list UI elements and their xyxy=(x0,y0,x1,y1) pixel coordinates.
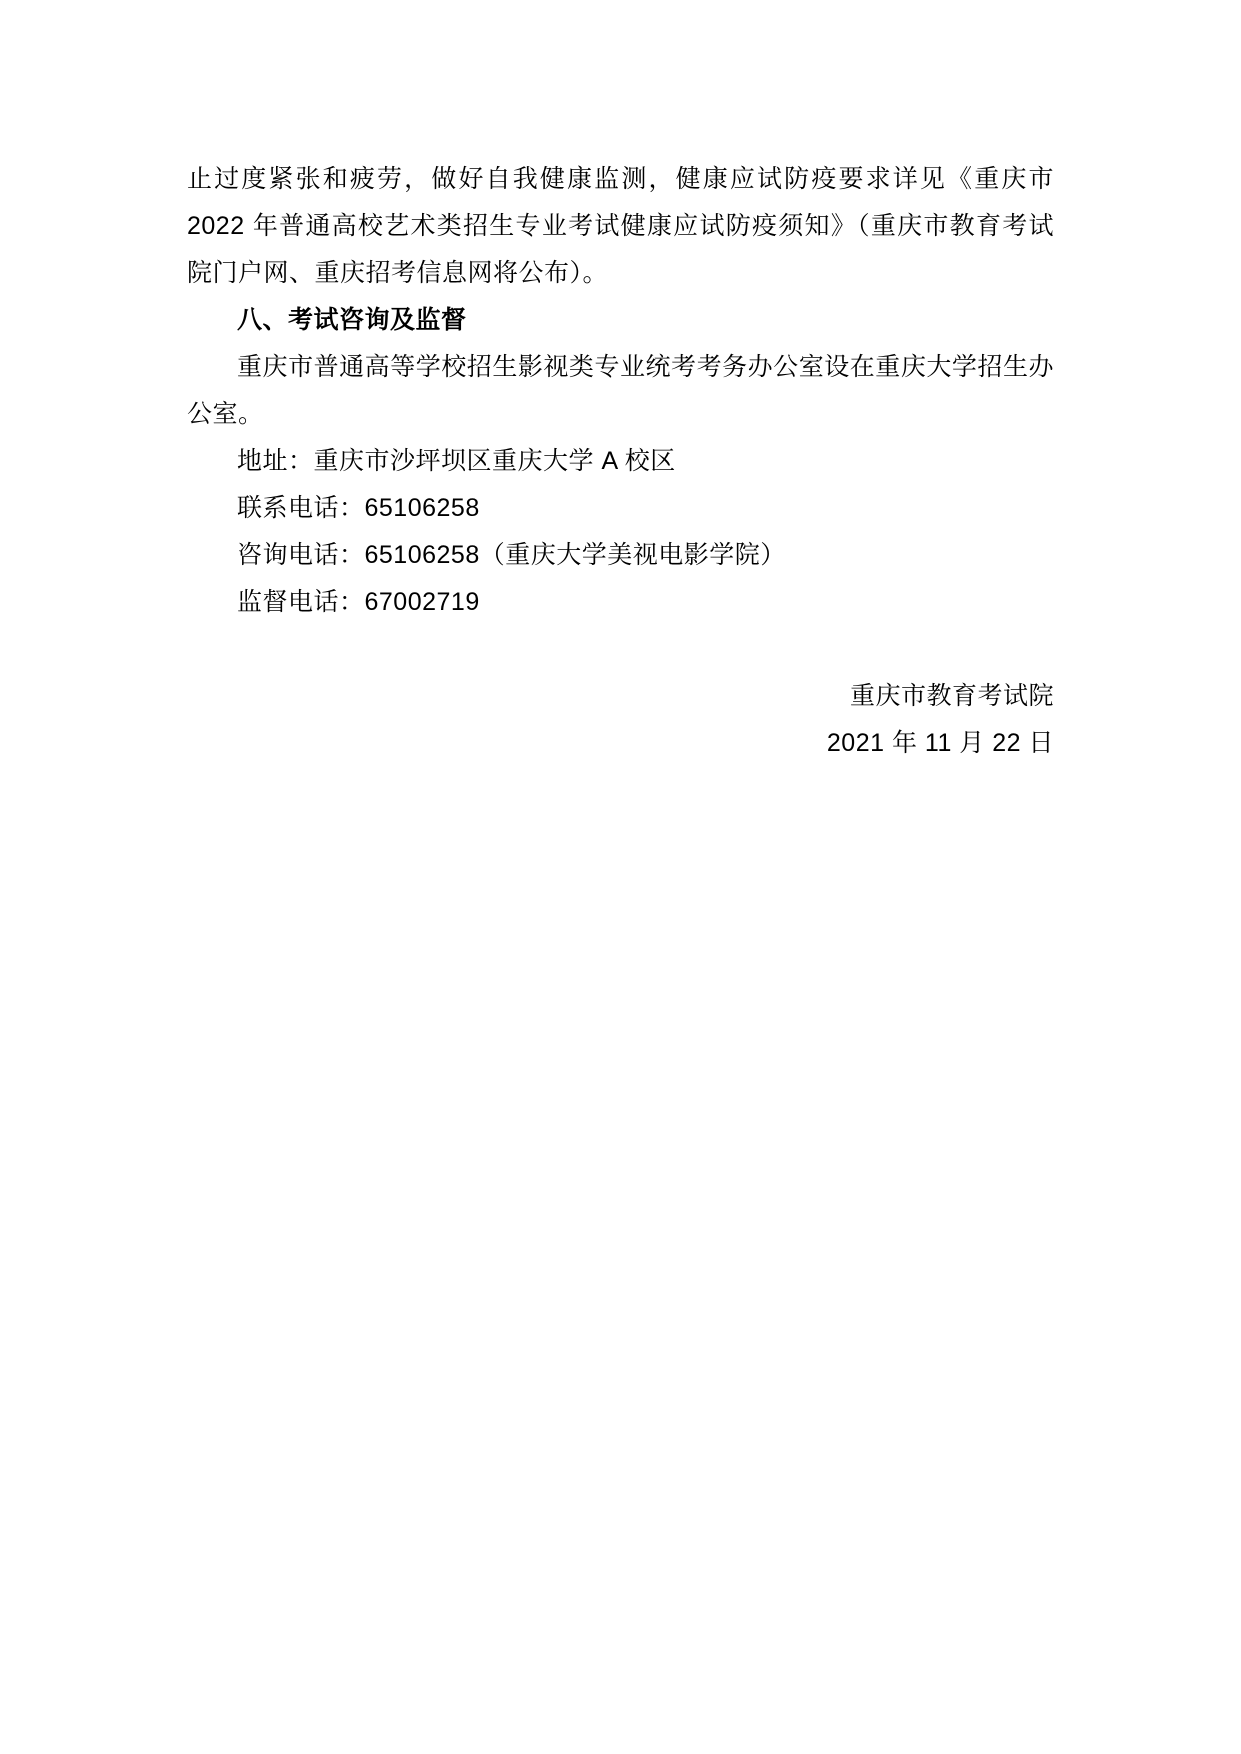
signature-date: 2021 年 11 月 22 日 xyxy=(187,720,1054,767)
signature-block: 重庆市教育考试院 2021 年 11 月 22 日 xyxy=(187,673,1054,767)
contact-line-address: 地址：重庆市沙坪坝区重庆大学 A 校区 xyxy=(187,438,1054,485)
body-paragraph-continuation: 止过度紧张和疲劳，做好自我健康监测，健康应试防疫要求详见《重庆市 2022 年普… xyxy=(187,156,1054,297)
contact-line-supervise-phone: 监督电话：67002719 xyxy=(187,579,1054,626)
contact-line-phone: 联系电话：65106258 xyxy=(187,485,1054,532)
document-body: 止过度紧张和疲劳，做好自我健康监测，健康应试防疫要求详见《重庆市 2022 年普… xyxy=(0,0,1241,767)
blank-line xyxy=(187,626,1054,673)
contact-line-consult-phone: 咨询电话：65106258（重庆大学美视电影学院） xyxy=(187,532,1054,579)
signature-issuer: 重庆市教育考试院 xyxy=(187,673,1054,720)
section-heading: 八、考试咨询及监督 xyxy=(187,297,1054,344)
document-page: 止过度紧张和疲劳，做好自我健康监测，健康应试防疫要求详见《重庆市 2022 年普… xyxy=(0,0,1241,1754)
section-paragraph: 重庆市普通高等学校招生影视类专业统考考务办公室设在重庆大学招生办公室。 xyxy=(187,344,1054,438)
